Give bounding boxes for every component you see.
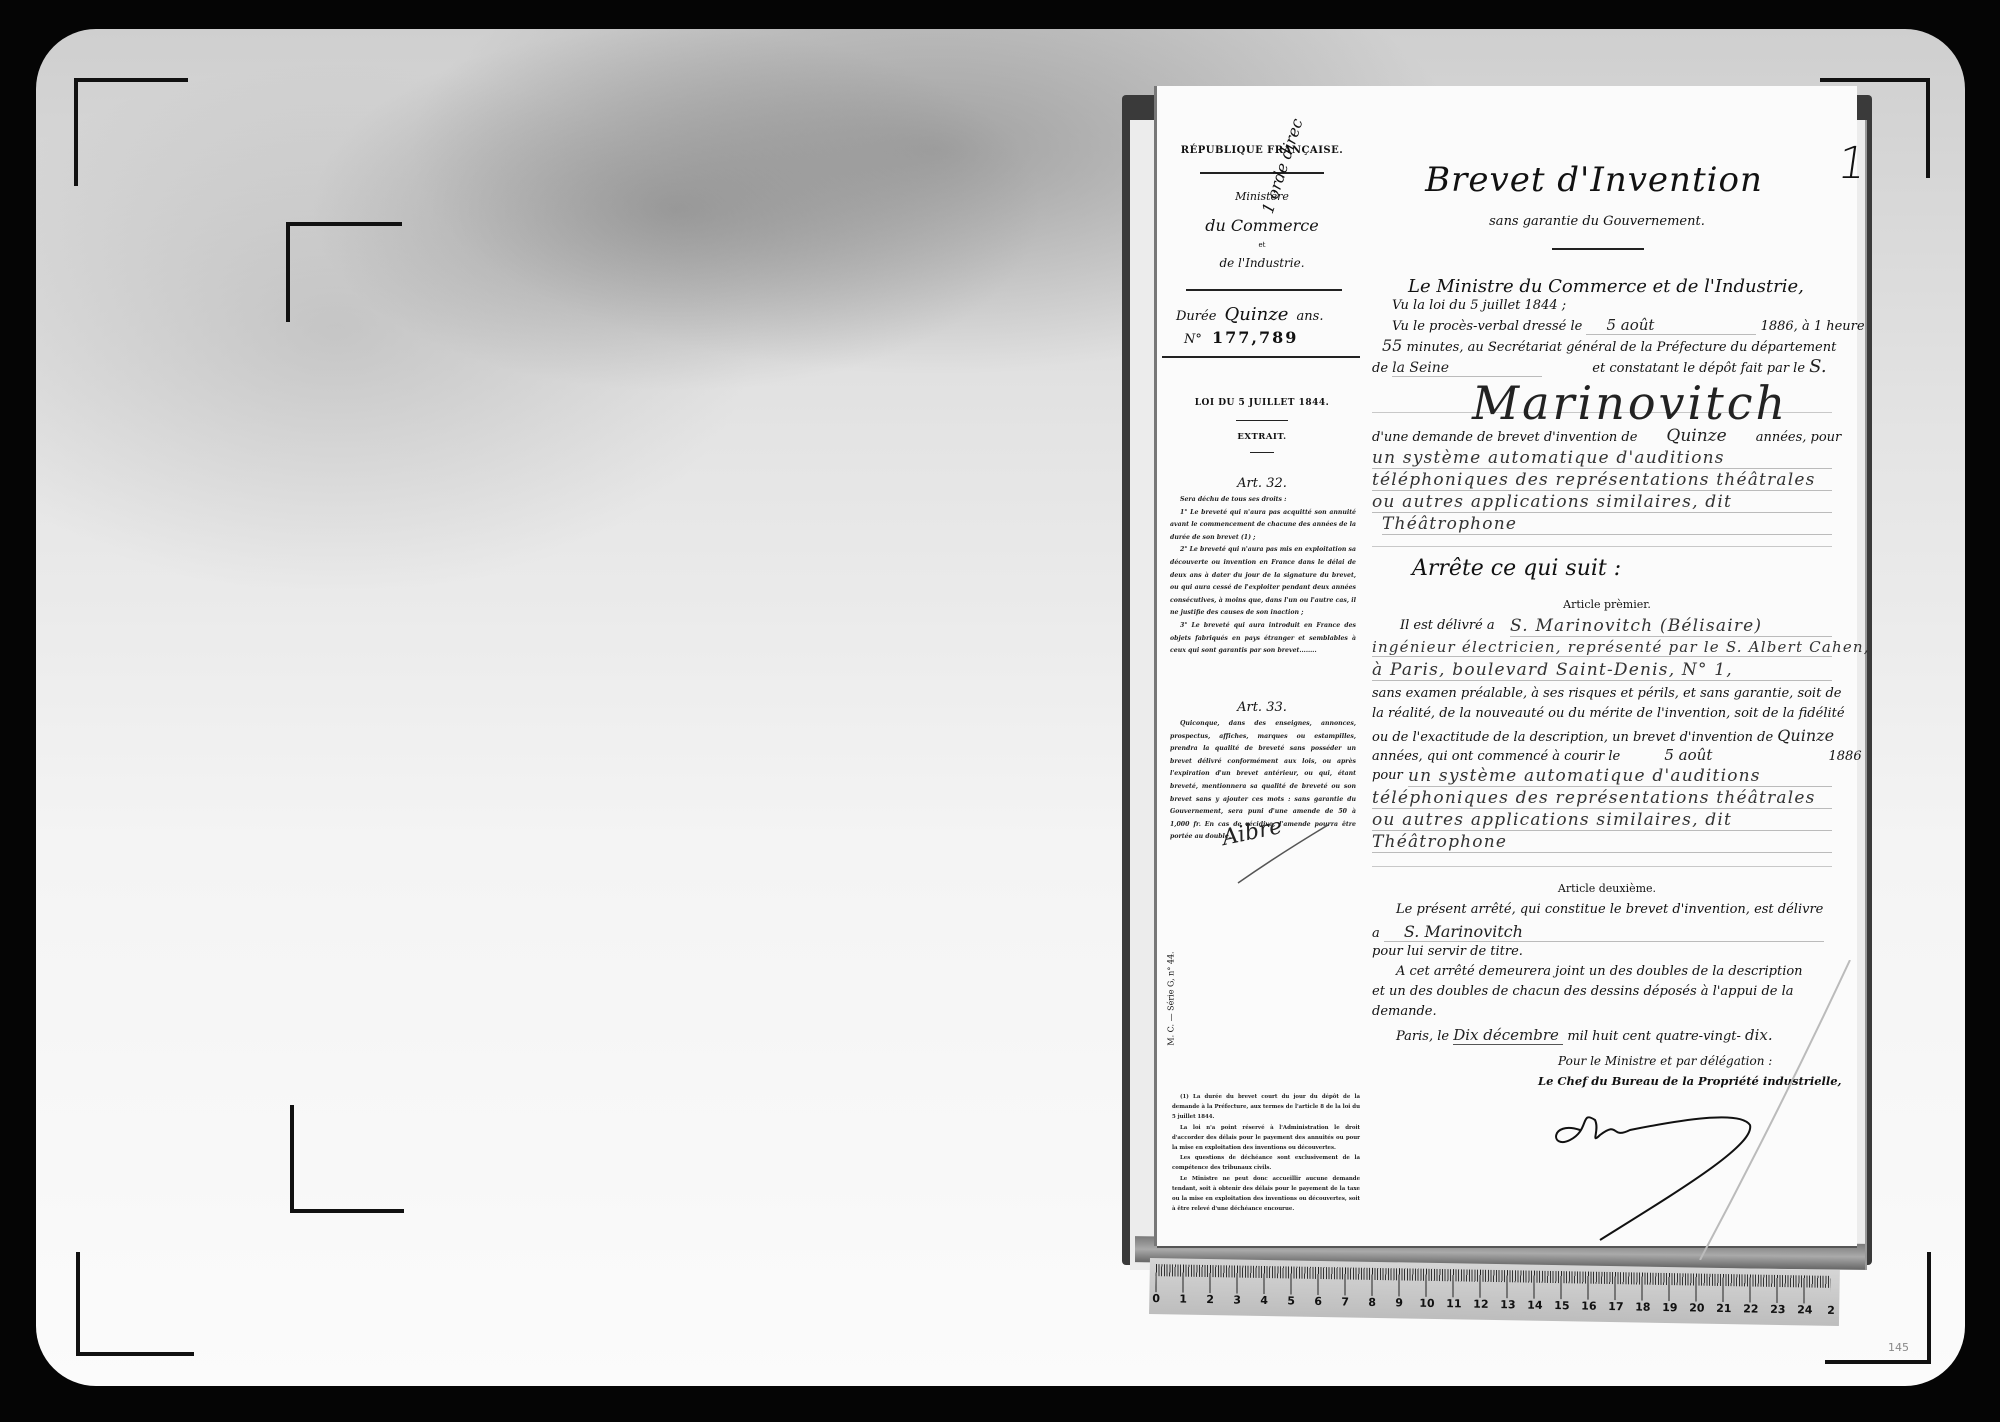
article1-prefix: Il est délivré a (1400, 618, 1495, 633)
ruler-label: 14 (1527, 1299, 1543, 1312)
article1-date-line: années, qui ont commencé à courir le 5 a… (1372, 746, 1862, 764)
ruler-label: 23 (1770, 1303, 1786, 1316)
article1-invention-line: téléphoniques des représentations théâtr… (1372, 788, 1832, 809)
footnote-paragraph: Le Ministre ne peut donc accueillir aucu… (1172, 1174, 1360, 1215)
divider (1162, 356, 1360, 358)
numero-label: N° (1184, 332, 1202, 347)
ministere-industrie: de l'Industrie. (1162, 256, 1362, 270)
extrait-heading: EXTRAIT. (1162, 432, 1362, 442)
ruler-label: 17 (1608, 1300, 1624, 1313)
depositor-name: Marinovitch (1472, 376, 1788, 430)
footnotes: (1) La durée du brevet court du jour du … (1172, 1092, 1360, 1214)
article1-text: années, qui ont commencé à courir le (1372, 749, 1620, 764)
article1-year: 1886 (1829, 749, 1862, 764)
duree-label: Durée (1176, 309, 1216, 324)
article2-text: demande. (1372, 1004, 1437, 1019)
document-subtitle: sans garantie du Gouvernement. (1372, 214, 1822, 229)
ministere-commerce: du Commerce (1162, 216, 1362, 235)
footnote-paragraph: (1) La durée du brevet court du jour du … (1172, 1092, 1360, 1123)
ruler-label: 6 (1314, 1295, 1322, 1308)
ministere-et: et (1162, 241, 1362, 249)
article1-line: Il est délivré a (1400, 618, 1495, 633)
art32-heading: Art. 32. (1162, 476, 1362, 491)
date-handwritten: Dix décembre (1453, 1026, 1563, 1045)
art32-paragraph: 2° Le breveté qui n'aura pas mis en expl… (1170, 544, 1356, 620)
duree-suffix: ans. (1297, 309, 1324, 324)
ruler-label: 7 (1341, 1295, 1349, 1308)
article2-recipient: S. Marinovitch (1384, 922, 1824, 942)
duree-value: Quinze (1225, 304, 1289, 325)
article2-recipient-line: a S. Marinovitch (1372, 922, 1824, 942)
ruler-label: 22 (1743, 1302, 1759, 1315)
ruler-label: 21 (1716, 1302, 1732, 1315)
art32-paragraph: 3° Le breveté qui aura introduit en Fran… (1170, 620, 1356, 658)
series-reference: M. C. — Série G, n° 44. (1167, 924, 1176, 1074)
article1-text: sans examen préalable, à ses risques et … (1372, 686, 1841, 701)
page-fold-crease (1660, 960, 1860, 1260)
dept-prefix: de (1372, 361, 1388, 376)
footnote-paragraph: La loi n'a point réservé à l'Administrat… (1172, 1123, 1360, 1154)
loi-title: LOI DU 5 JUILLET 1844. (1162, 398, 1362, 408)
invention-line: un système automatique d'auditions (1372, 448, 1832, 469)
ruler-label: 24 (1797, 1303, 1813, 1316)
departement-line: de la Seine et constatant le dépôt fait … (1372, 356, 1827, 377)
ruled-line (1372, 546, 1832, 547)
ruler-label: 13 (1500, 1298, 1516, 1311)
document-title: Brevet d'Invention (1414, 160, 1774, 200)
vu-pv-prefix: Vu le procès-verbal dressé le (1392, 319, 1582, 334)
vu-pv-line: Vu le procès-verbal dressé le 5 août 188… (1392, 316, 1865, 335)
ruler-label: 11 (1446, 1297, 1462, 1310)
vu-pv-year: 1886, à 1 heure (1761, 319, 1865, 334)
initials-flourish (1218, 815, 1338, 895)
ministre-line: Le Ministre du Commerce et de l'Industri… (1408, 276, 1804, 297)
ruled-line (1372, 866, 1832, 867)
ruler-label: 0 (1152, 1292, 1160, 1305)
article1-pour: pour (1372, 768, 1403, 783)
registration-mark-outer-top-left (74, 78, 188, 186)
numero-field: N° 177,789 (1184, 328, 1298, 347)
article1-hw-line: à Paris, boulevard Saint-Denis, N° 1, (1372, 660, 1832, 681)
ruler-label: 8 (1368, 1296, 1376, 1309)
demande-suffix: années, pour (1756, 430, 1842, 445)
demande-prefix: d'une demande de brevet d'invention de (1372, 430, 1637, 445)
ruler-label: 2 (1206, 1293, 1214, 1306)
corner-note: 145 (1888, 1341, 1909, 1354)
duree-field: Durée Quinze ans. (1176, 304, 1323, 325)
footnote-paragraph: Les questions de déchéance sont exclusiv… (1172, 1153, 1360, 1173)
demande-duree: Quinze (1642, 426, 1752, 446)
ruler-label: 15 (1554, 1299, 1570, 1312)
art32-text: Sera déchu de tous ses droits : 1° Le br… (1170, 494, 1356, 658)
divider (1236, 420, 1288, 421)
article1-invention-line: Théâtrophone (1372, 832, 1832, 853)
article1-invention-line: un système automatique d'auditions (1408, 766, 1832, 787)
arrete-heading: Arrête ce qui suit : (1412, 556, 1621, 581)
art32-paragraph: Sera déchu de tous ses droits : (1170, 494, 1356, 507)
constatant-text: et constatant le dépôt fait par le (1592, 361, 1805, 376)
article1-duree: Quinze (1777, 726, 1834, 745)
ruler-label: 18 (1635, 1300, 1651, 1313)
registration-mark-outer-bottom-left (76, 1252, 194, 1356)
demande-line: d'une demande de brevet d'invention de Q… (1372, 426, 1841, 446)
article1-text: la réalité, de la nouveauté ou du mérite… (1372, 706, 1845, 721)
vu-pv-date: 5 août (1586, 316, 1756, 335)
dept-value: la Seine (1392, 360, 1542, 377)
depositor-prefix: S. (1809, 356, 1826, 377)
republique-heading: RÉPUBLIQUE FRANÇAISE. (1162, 145, 1362, 156)
ruler-label: 3 (1233, 1293, 1241, 1306)
article1-hw-line: S. Marinovitch (Bélisaire) (1510, 616, 1832, 637)
article1-text-duree: ou de l'exactitude de la description, un… (1372, 726, 1834, 745)
ruler-label: 5 (1287, 1294, 1295, 1307)
registration-mark-inner-top-left (286, 222, 402, 322)
minutes-text: minutes, au Secrétariat général de la Pr… (1407, 340, 1837, 355)
ruler-label: 19 (1662, 1301, 1678, 1314)
document-left-column: RÉPUBLIQUE FRANÇAISE. Ministère du Comme… (1162, 86, 1362, 1246)
ruler-label: 20 (1689, 1301, 1705, 1314)
art33-heading: Art. 33. (1162, 700, 1362, 715)
divider (1552, 248, 1644, 250)
ruler-label: 2 (1827, 1304, 1835, 1317)
vu-loi-line: Vu la loi du 5 juillet 1844 ; (1392, 298, 1566, 313)
article1-title: Article prèmier. (1372, 598, 1842, 611)
article2-prefix: a (1372, 926, 1380, 941)
divider (1250, 452, 1274, 453)
invention-line: Théâtrophone (1382, 514, 1832, 535)
ruler-label: 9 (1395, 1296, 1403, 1309)
ruler-label: 1 (1179, 1293, 1187, 1306)
divider (1200, 172, 1324, 174)
patent-number: 177,789 (1212, 328, 1298, 347)
minutes-line: 55 minutes, au Secrétariat général de la… (1382, 336, 1836, 355)
ruler-label: 12 (1473, 1298, 1489, 1311)
article1-invention-line: ou autres applications similaires, dit (1372, 810, 1832, 831)
ruler-label: 16 (1581, 1300, 1597, 1313)
registration-mark-inner-bottom-left (290, 1105, 404, 1213)
minutes-value: 55 (1382, 336, 1402, 355)
divider (1186, 289, 1342, 291)
ruler-label: 10 (1419, 1297, 1435, 1310)
date-prefix: Paris, le (1396, 1029, 1449, 1044)
article1-date: 5 août (1624, 746, 1824, 764)
ruler-label: 4 (1260, 1294, 1268, 1307)
invention-line: ou autres applications similaires, dit (1372, 492, 1832, 513)
article2-text: pour lui servir de titre. (1372, 944, 1523, 959)
invention-line: téléphoniques des représentations théâtr… (1372, 470, 1832, 491)
article1-hw-line: ingénieur électricien, représenté par le… (1372, 638, 1832, 657)
article1-text: ou de l'exactitude de la description, un… (1372, 730, 1773, 745)
article2-text: Le présent arrêté, qui constitue le brev… (1396, 902, 1823, 917)
article2-title: Article deuxième. (1372, 882, 1842, 895)
art32-paragraph: 1° Le breveté qui n'aura pas acquitté so… (1170, 507, 1356, 545)
